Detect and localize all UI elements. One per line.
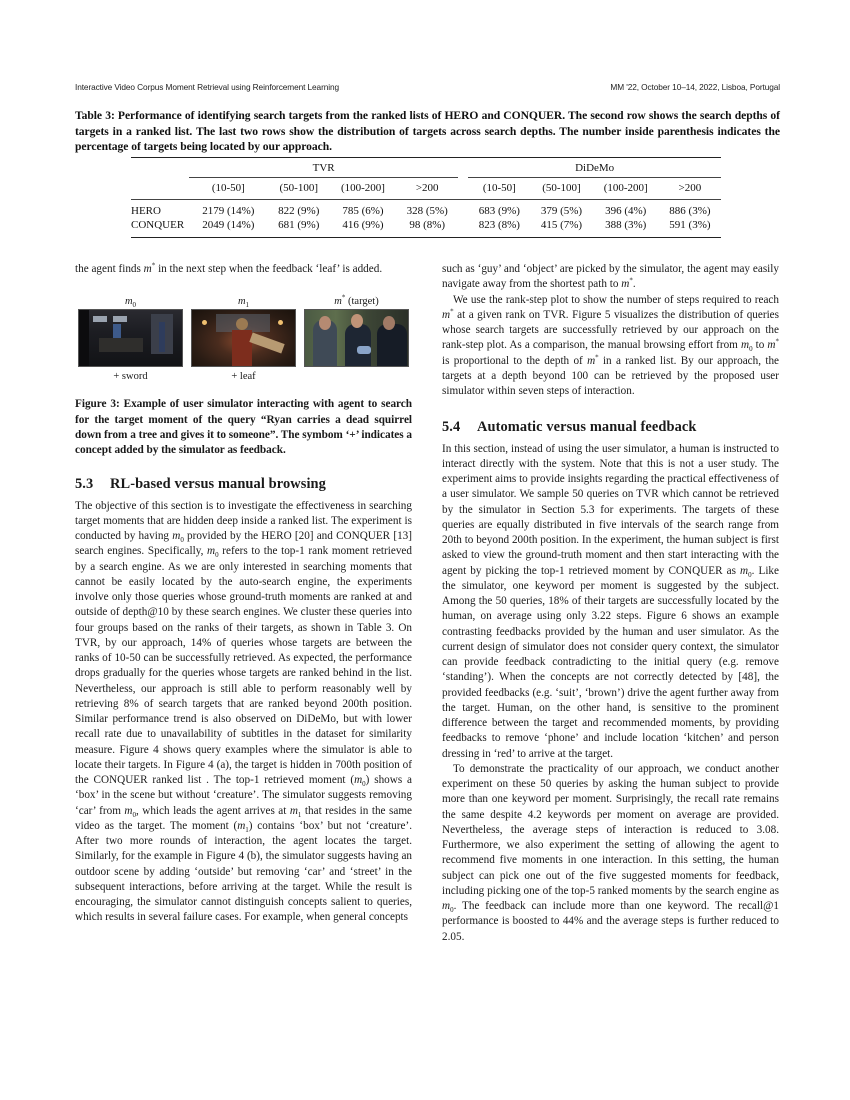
video-frame-m1 <box>191 309 296 367</box>
running-head-venue: MM '22, October 10–14, 2022, Lisboa, Por… <box>610 82 780 92</box>
paragraph: The objective of this section is to inve… <box>75 499 412 926</box>
figure-3-caption: Figure 3: Example of user simulator inte… <box>75 397 412 458</box>
col-header: (100-200] <box>593 177 659 199</box>
table-cell: 388 (3%) <box>593 218 659 237</box>
table-cell: 681 (9%) <box>268 218 330 237</box>
col-header: (10-50] <box>189 177 268 199</box>
table-cell: 2179 (14%) <box>189 199 268 218</box>
running-head: Interactive Video Corpus Moment Retrieva… <box>75 82 780 92</box>
col-header: (50-100] <box>268 177 330 199</box>
group-header-tvr: TVR <box>189 158 458 177</box>
table-cell: 416 (9%) <box>330 218 396 237</box>
col-header: (100-200] <box>330 177 396 199</box>
table-cell: 822 (9%) <box>268 199 330 218</box>
table-cell: 785 (6%) <box>330 199 396 218</box>
table-cell: 379 (5%) <box>530 199 592 218</box>
table-cell: 591 (3%) <box>659 218 721 237</box>
figure-label-m1: m1 <box>191 294 296 309</box>
figure-3: m0 m1 m* (target) <box>75 294 412 399</box>
table-cell: 2049 (14%) <box>189 218 268 237</box>
col-header: >200 <box>396 177 458 199</box>
paragraph: such as ‘guy’ and ‘object’ are picked by… <box>442 262 779 293</box>
section-heading-5-4: 5.4Automatic versus manual feedback <box>442 420 779 435</box>
paragraph: the agent finds m* in the next step when… <box>75 262 412 277</box>
table-cell: 823 (8%) <box>468 218 530 237</box>
running-head-title: Interactive Video Corpus Moment Retrieva… <box>75 82 339 92</box>
paragraph: In this section, instead of using the us… <box>442 442 779 762</box>
table-cell: 98 (8%) <box>396 218 458 237</box>
section-heading-5-3: 5.3RL-based versus manual browsing <box>75 477 412 492</box>
video-frame-target <box>304 309 409 367</box>
table-row: HERO 2179 (14%) 822 (9%) 785 (6%) 328 (5… <box>131 199 721 218</box>
table-cell: 396 (4%) <box>593 199 659 218</box>
left-column: the agent finds m* in the next step when… <box>75 262 412 926</box>
table-3: TVR DiDeMo (10-50] (50-100] (100-200] >2… <box>131 157 721 238</box>
table-cell: 328 (5%) <box>396 199 458 218</box>
col-header: >200 <box>659 177 721 199</box>
paragraph: We use the rank-step plot to show the nu… <box>442 293 779 400</box>
table-cell: 683 (9%) <box>468 199 530 218</box>
table-3-caption: Table 3: Performance of identifying sear… <box>75 108 780 155</box>
row-label: HERO <box>131 199 189 218</box>
row-label: CONQUER <box>131 218 189 237</box>
col-header: (10-50] <box>468 177 530 199</box>
paragraph: To demonstrate the practicality of our a… <box>442 762 779 945</box>
right-column: such as ‘guy’ and ‘object’ are picked by… <box>442 262 779 945</box>
table-row: CONQUER 2049 (14%) 681 (9%) 416 (9%) 98 … <box>131 218 721 237</box>
table-depth-header-row: (10-50] (50-100] (100-200] >200 (10-50] … <box>131 177 721 199</box>
figure-label-m0: m0 <box>78 294 183 309</box>
table-cell: 886 (3%) <box>659 199 721 218</box>
video-frame-m0 <box>78 309 183 367</box>
figure-label-target: m* (target) <box>304 294 409 309</box>
feedback-label-m1: + leaf <box>191 369 296 384</box>
group-header-didemo: DiDeMo <box>468 158 721 177</box>
feedback-label-m0: + sword <box>78 369 183 384</box>
table-group-header-row: TVR DiDeMo <box>131 158 721 177</box>
table-cell: 415 (7%) <box>530 218 592 237</box>
col-header: (50-100] <box>530 177 592 199</box>
